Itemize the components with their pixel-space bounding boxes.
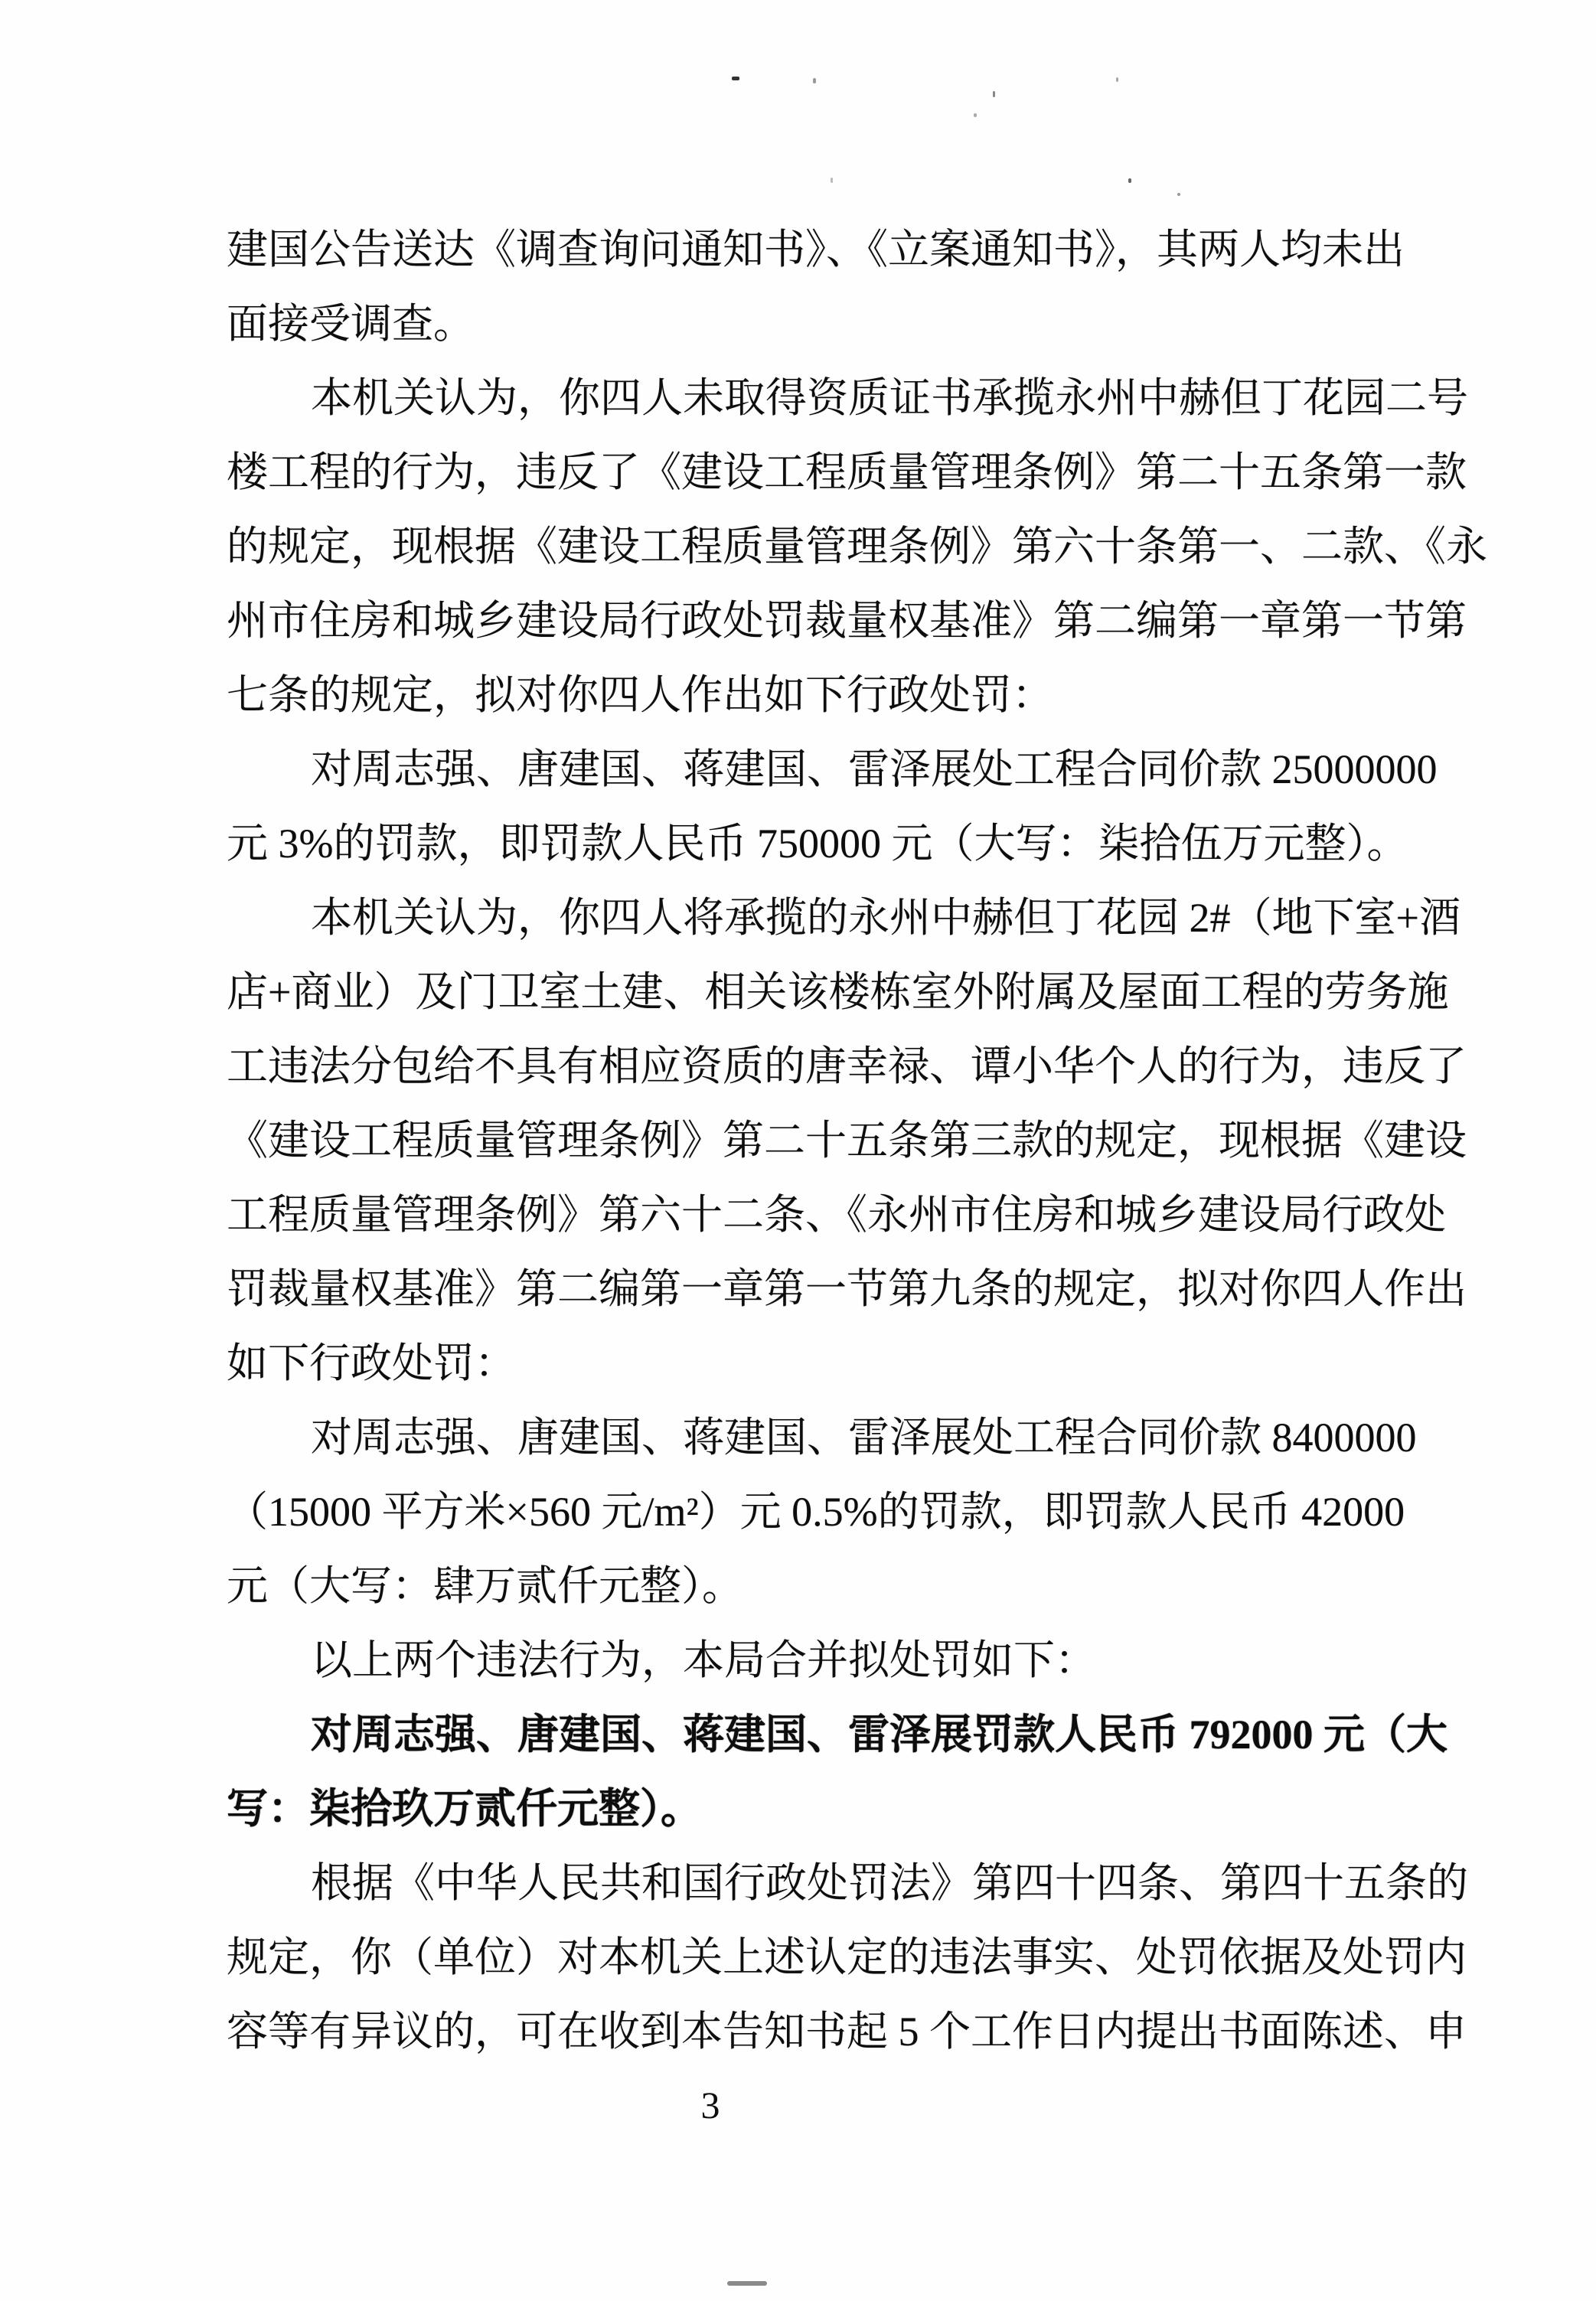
text-line: （15000 平方米×560 元/m²）元 0.5%的罚款，即罚款人民币 420…: [227, 1475, 1379, 1549]
text-line: 工程质量管理条例》第六十二条、《永州市住房和城乡建设局行政处: [227, 1178, 1379, 1252]
scan-speck: [1116, 77, 1118, 82]
document-body: 建国公告送达《调查询问通知书》、《立案通知书》，其两人均未出 面接受调查。 本机…: [227, 213, 1379, 2069]
penalty-total-line: 写：柒拾玖万贰仟元整）。: [227, 1772, 1379, 1846]
text-line: 面接受调查。: [227, 287, 1379, 361]
text-line: 对周志强、唐建国、蒋建国、雷泽展处工程合同价款 8400000: [227, 1401, 1379, 1475]
text-line: 七条的规定，拟对你四人作出如下行政处罚：: [227, 658, 1379, 733]
scan-speck: [974, 113, 977, 117]
text-line: 根据《中华人民共和国行政处罚法》第四十四条、第四十五条的: [227, 1846, 1379, 1921]
text-line: 以上两个违法行为，本局合并拟处罚如下：: [227, 1624, 1379, 1698]
scan-speck: [831, 178, 833, 183]
page-number: 3: [0, 2084, 1421, 2126]
text-line: 元 3%的罚款，即罚款人民币 750000 元（大写：柒拾伍万元整）。: [227, 807, 1379, 881]
text-line: 本机关认为，你四人将承揽的永州中赫但丁花园 2#（地下室+酒: [227, 881, 1379, 955]
scan-speck: [732, 77, 739, 80]
penalty-total-line: 对周志强、唐建国、蒋建国、雷泽展罚款人民币 792000 元（大: [227, 1698, 1379, 1772]
text-line: 楼工程的行为，违反了《建设工程质量管理条例》第二十五条第一款: [227, 436, 1379, 510]
text-line: 元（大写：肆万贰仟元整）。: [227, 1549, 1379, 1624]
text-line: 对周志强、唐建国、蒋建国、雷泽展处工程合同价款 25000000: [227, 733, 1379, 807]
scan-speck: [1177, 193, 1180, 196]
scan-speck: [1128, 178, 1131, 183]
text-line: 的规定，现根据《建设工程质量管理条例》第六十条第一、二款、《永: [227, 510, 1379, 584]
text-line: 容等有异议的，可在收到本告知书起 5 个工作日内提出书面陈述、申: [227, 1995, 1379, 2069]
scan-mark-dash: [727, 2281, 767, 2286]
text-line: 建国公告送达《调查询问通知书》、《立案通知书》，其两人均未出: [227, 213, 1379, 287]
scan-speck: [993, 91, 995, 97]
text-line: 本机关认为，你四人未取得资质证书承揽永州中赫但丁花园二号: [227, 361, 1379, 436]
text-line: 《建设工程质量管理条例》第二十五条第三款的规定，现根据《建设: [227, 1104, 1379, 1178]
scanned-document-page: 建国公告送达《调查询问通知书》、《立案通知书》，其两人均未出 面接受调查。 本机…: [0, 0, 1596, 2301]
text-line: 如下行政处罚：: [227, 1327, 1379, 1401]
scan-speck: [813, 78, 816, 83]
text-line: 州市住房和城乡建设局行政处罚裁量权基准》第二编第一章第一节第: [227, 584, 1379, 658]
text-line: 罚裁量权基准》第二编第一章第一节第九条的规定，拟对你四人作出: [227, 1252, 1379, 1327]
text-line: 工违法分包给不具有相应资质的唐幸禄、谭小华个人的行为，违反了: [227, 1030, 1379, 1104]
text-line: 店+商业）及门卫室土建、相关该楼栋室外附属及屋面工程的劳务施: [227, 955, 1379, 1030]
text-line: 规定，你（单位）对本机关上述认定的违法事实、处罚依据及处罚内: [227, 1921, 1379, 1995]
